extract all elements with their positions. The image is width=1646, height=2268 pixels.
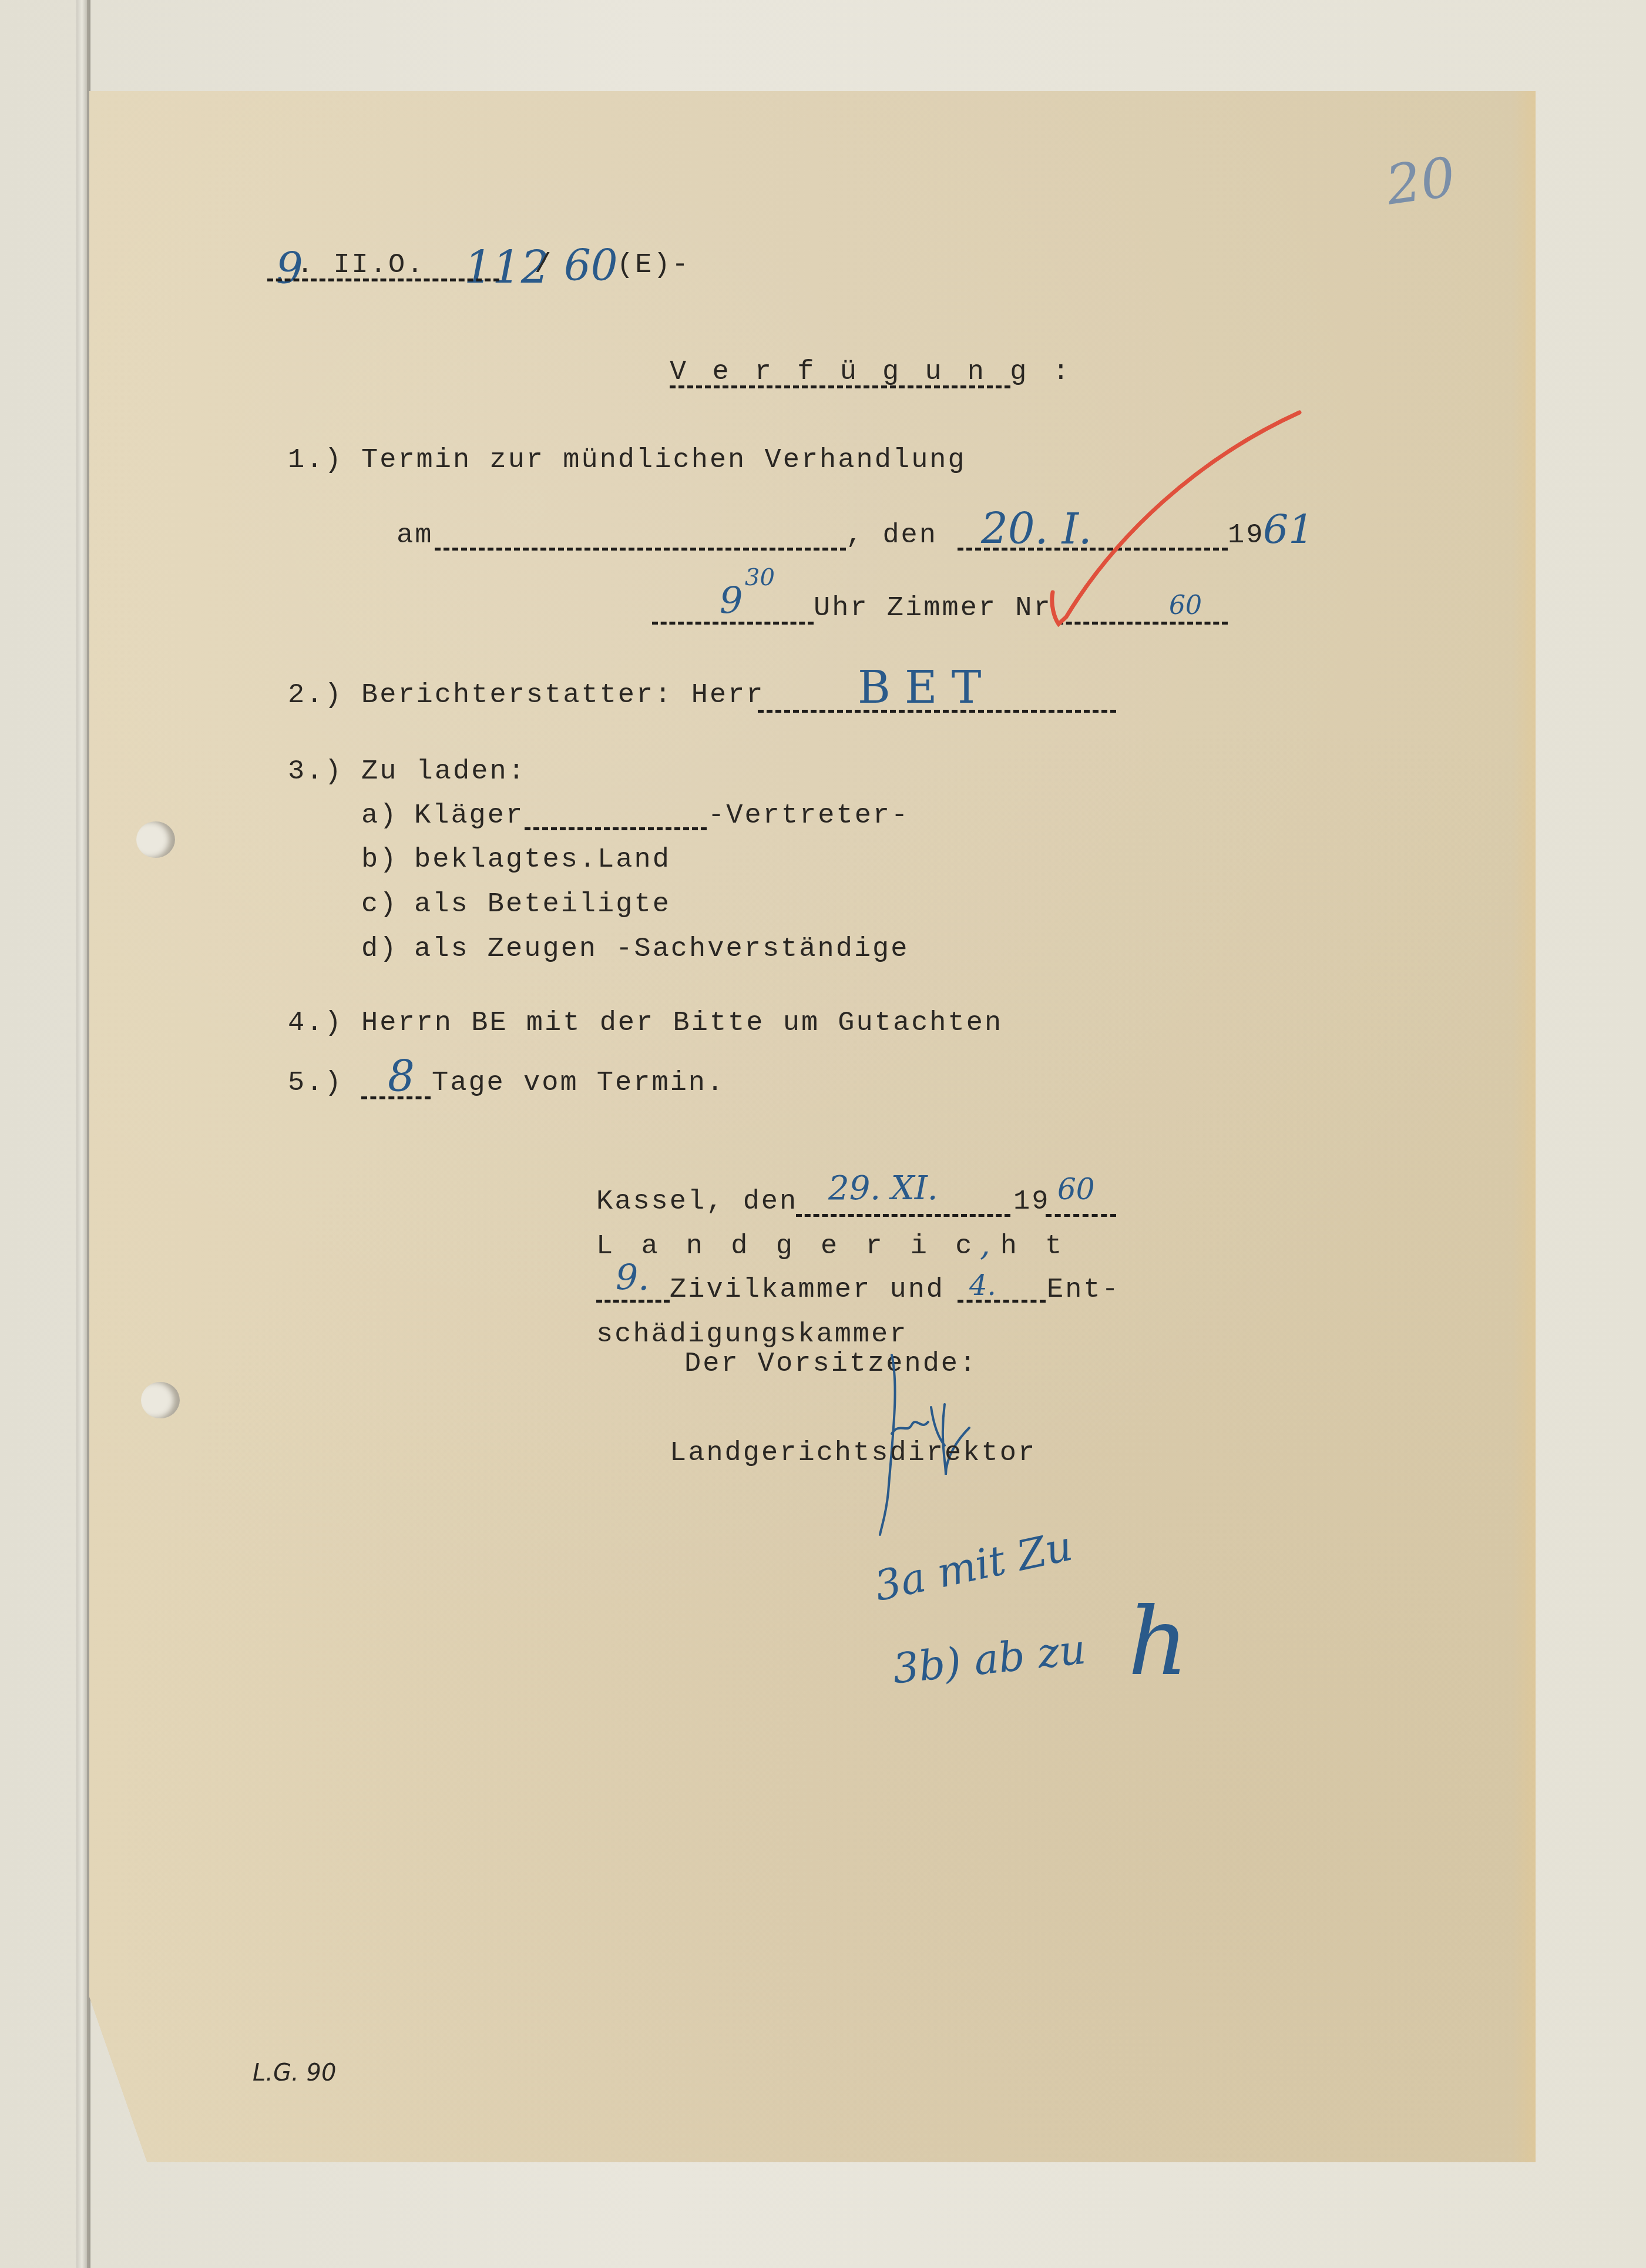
item1-uhr-zimmer-label: Uhr Zimmer Nr [814,595,1052,622]
title-label: Landgerichtsdirektor [670,1440,1036,1467]
item3c-letter: c) [361,891,398,918]
item1-am-label: am [397,522,433,549]
item1-label: Termin zur mündlichen Verhandlung [361,447,966,474]
punch-hole-top [136,821,175,858]
file-ref-year: 60 [564,241,618,290]
item1-time-minutes: 30 [745,564,775,591]
item5-blank[interactable] [361,1096,431,1099]
item3c-text: als Beteiligte [414,891,671,918]
item1-time-hour: 9 [720,579,743,622]
item2-label: Berichterstatter: Herr [361,682,765,709]
chamber2-number-blank[interactable] [958,1300,1046,1303]
item5-label: Tage vom Termin. [432,1069,725,1097]
document-page [89,91,1536,2162]
file-ref-suffix: (E)- [617,251,690,279]
chamber2-label-1: Ent- [1047,1276,1120,1304]
item3-label: Zu laden: [361,758,526,786]
page-number: 20 [1382,145,1459,217]
signature-date: 29. XI. [828,1169,938,1207]
item1-number: 1.) [288,447,343,474]
signature-date-blank[interactable] [796,1214,1010,1217]
file-ref-slash: / [535,251,553,279]
signature-year-typed: 19 [1013,1188,1050,1216]
signature-year-handwritten: 60 [1057,1172,1095,1206]
court-name: L a n d g e r i c h t [596,1233,1067,1260]
document-title: V e r f ü g u n g : [670,358,1074,386]
item3b-letter: b) [361,846,398,874]
chamber-label: Zivilkammer und [670,1276,945,1304]
item3a-letter: a) [361,802,398,830]
signature-year-blank[interactable] [1046,1214,1116,1217]
item3d-text: als Zeugen -Sachverständige [414,935,909,963]
punch-hole-bottom [141,1382,180,1418]
item3a-text: Kläger [414,802,524,830]
item3a-blank[interactable] [525,827,707,830]
item3a-suffix: -Vertreter- [708,802,909,830]
item2-blank[interactable] [758,710,1116,713]
place-date-label: Kassel, den [596,1188,798,1216]
form-code: L.G. 90 [253,2059,336,2086]
item2-value: B E T [858,661,981,713]
chamber-number: 9. [616,1257,649,1299]
item4-label: Herrn BE mit der Bitte um Gutachten [361,1009,1003,1037]
item1-am-blank[interactable] [435,548,846,551]
red-checkmark-icon [1046,405,1310,629]
chamber2-number: 4. [969,1269,996,1302]
item3d-letter: d) [361,935,398,963]
item5-value: 8 [388,1052,415,1101]
chamber2-label-2: schädigungskammer [596,1321,908,1348]
item5-number: 5.) [288,1069,343,1097]
item1-time-blank[interactable] [652,622,814,625]
item4-number: 4.) [288,1009,343,1037]
chamber-number-blank[interactable] [596,1300,670,1303]
handwritten-note-mark: h [1128,1586,1188,1696]
item3-number: 3.) [288,758,343,786]
item2-number: 2.) [288,682,343,709]
item3b-text: beklagtes.Land [414,846,671,874]
file-ref-typed: . II.O. [297,251,425,279]
item1-den-label: , den [846,522,938,549]
court-comma: , [980,1225,990,1263]
